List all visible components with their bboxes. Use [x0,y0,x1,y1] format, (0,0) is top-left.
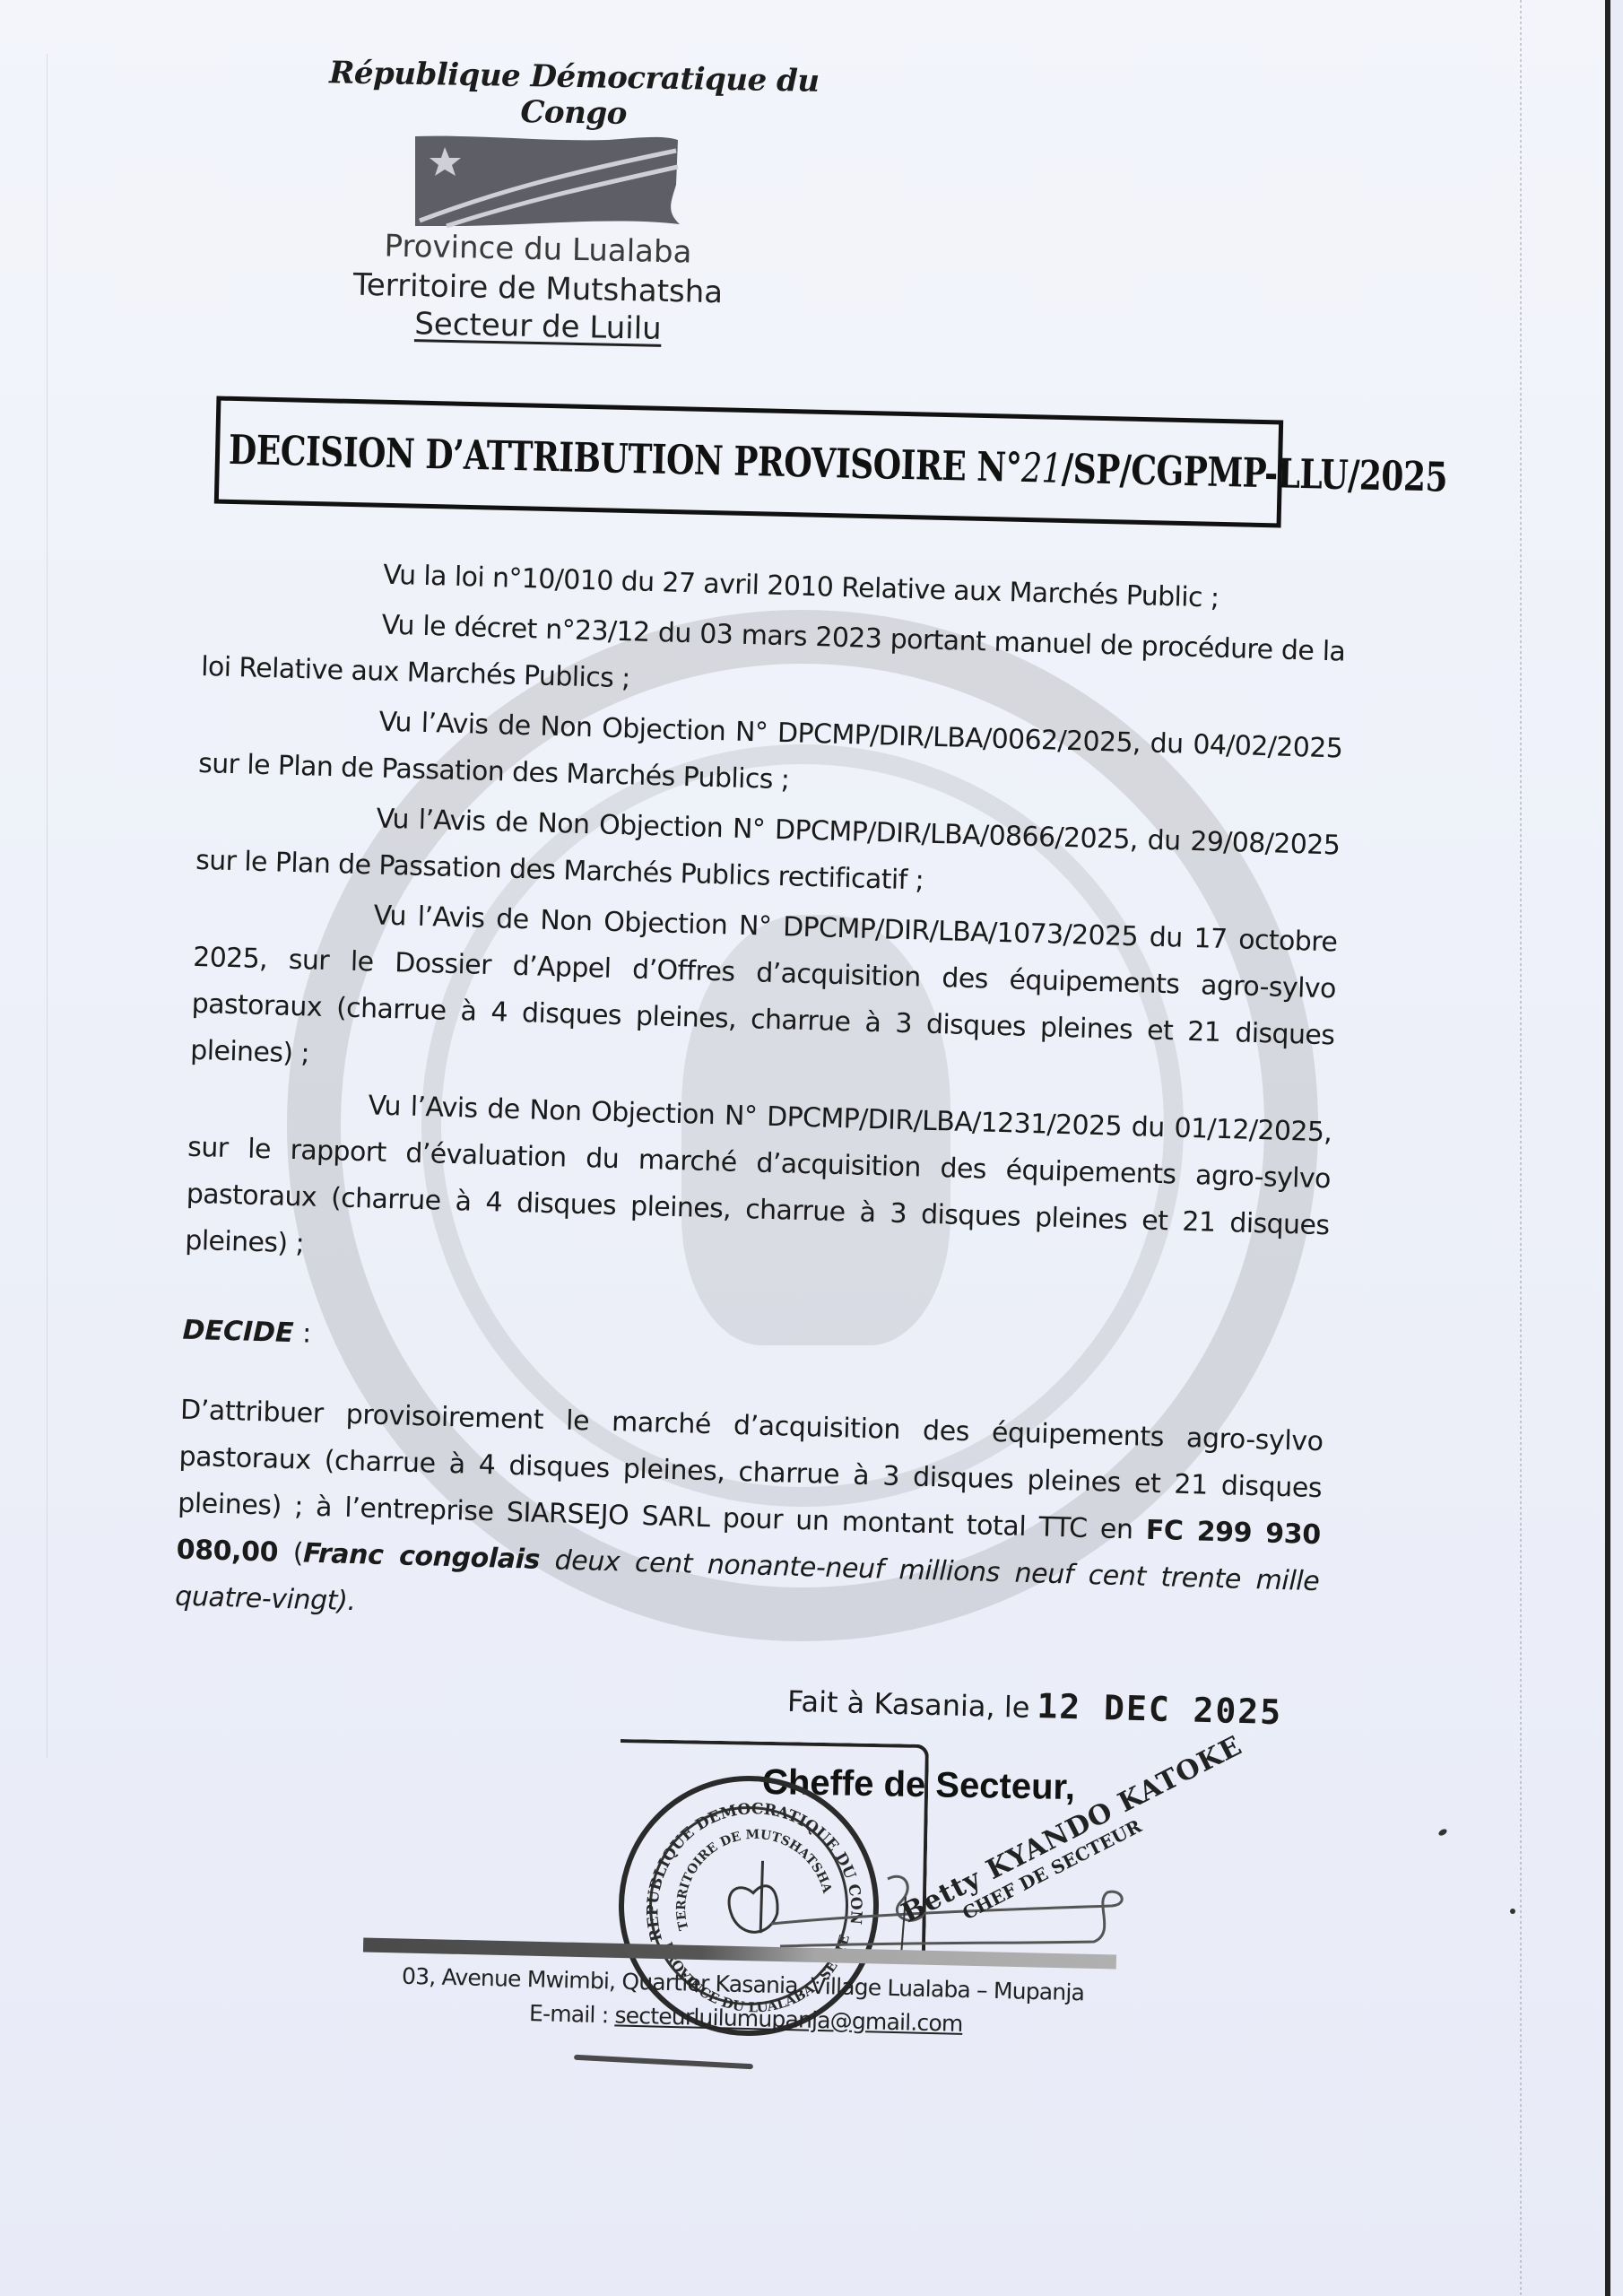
decision-title-box: DECISION D’ATTRIBUTION PROVISOIRE N°21/S… [214,396,1283,528]
ink-speck [1510,1909,1515,1914]
decide-heading: DECIDE : [182,1315,1325,1378]
letterhead: République Démocratique du Congo Provinc… [296,59,834,131]
currency-name: Franc congolais [303,1538,541,1576]
decision-number: 21 [1021,446,1063,492]
considerant: Vu l’Avis de Non Objection N° DPCMP/DIR/… [185,1078,1332,1297]
footer-email-line: E-mail : secteurluilumupanja@gmail.com [529,2000,963,2037]
scan-edge-line [47,54,48,1758]
country-name: République Démocratique du Congo [313,55,834,135]
decision-body: Vu la loi n°10/010 du 27 avril 2010 Rela… [174,547,1348,1679]
decision-title: DECISION D’ATTRIBUTION PROVISOIRE N°21/S… [229,427,1448,501]
drc-flag-icon [411,131,680,228]
secteur-name: Secteur de Luilu [296,303,781,349]
date-stamp: 12 DEC 2025 [1037,1686,1283,1732]
decision-text: D’attribuer provisoirement le marché d’a… [175,1387,1324,1652]
ink-speck [1437,1828,1448,1837]
fold-line [1520,0,1522,2296]
considerant: Vu l’Avis de Non Objection N° DPCMP/DIR/… [190,888,1338,1107]
place-and-date: Fait à Kasania, le12 DEC 2025 [787,1680,1283,1732]
document-page: République Démocratique du Congo Provinc… [0,0,1610,2296]
pen-stroke [574,2055,753,2069]
province-name: Province du Lualaba [296,226,781,272]
